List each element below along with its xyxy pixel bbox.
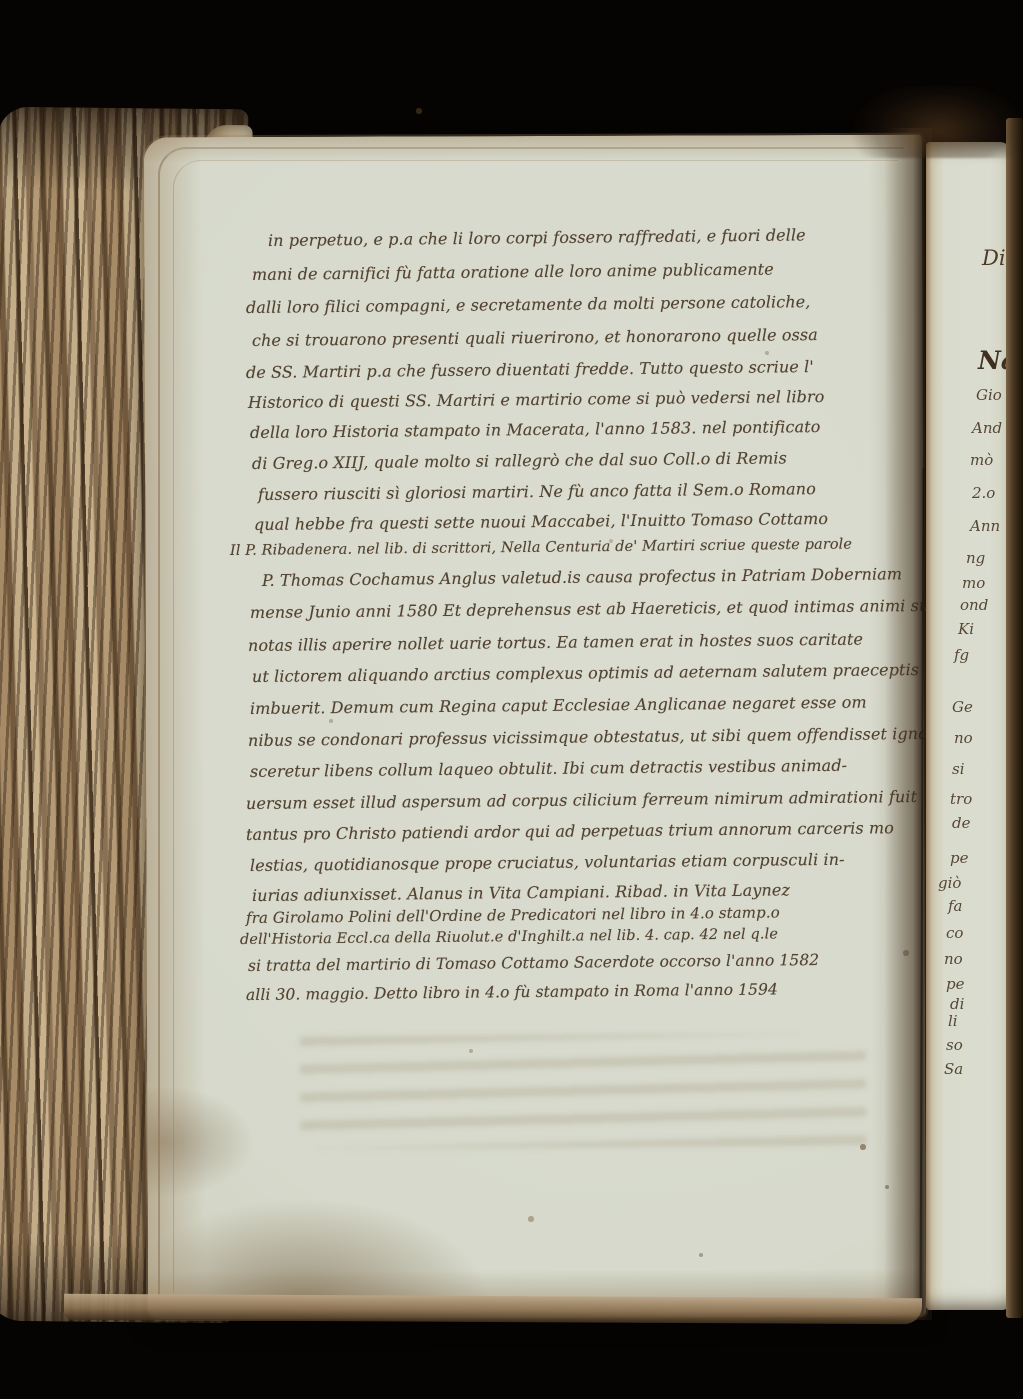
book-gutter [884,128,932,1320]
foxing-spots [0,0,2,2]
page-edge-bottom [64,1294,922,1324]
ink-showthrough [300,1033,867,1149]
fore-edge-right [1006,118,1023,1318]
right-page-sliver [926,142,1010,1310]
book-cover-fragment [848,86,1023,158]
photo-backdrop: in perpetuo, e p.a che li loro corpi fos… [0,0,1023,1399]
